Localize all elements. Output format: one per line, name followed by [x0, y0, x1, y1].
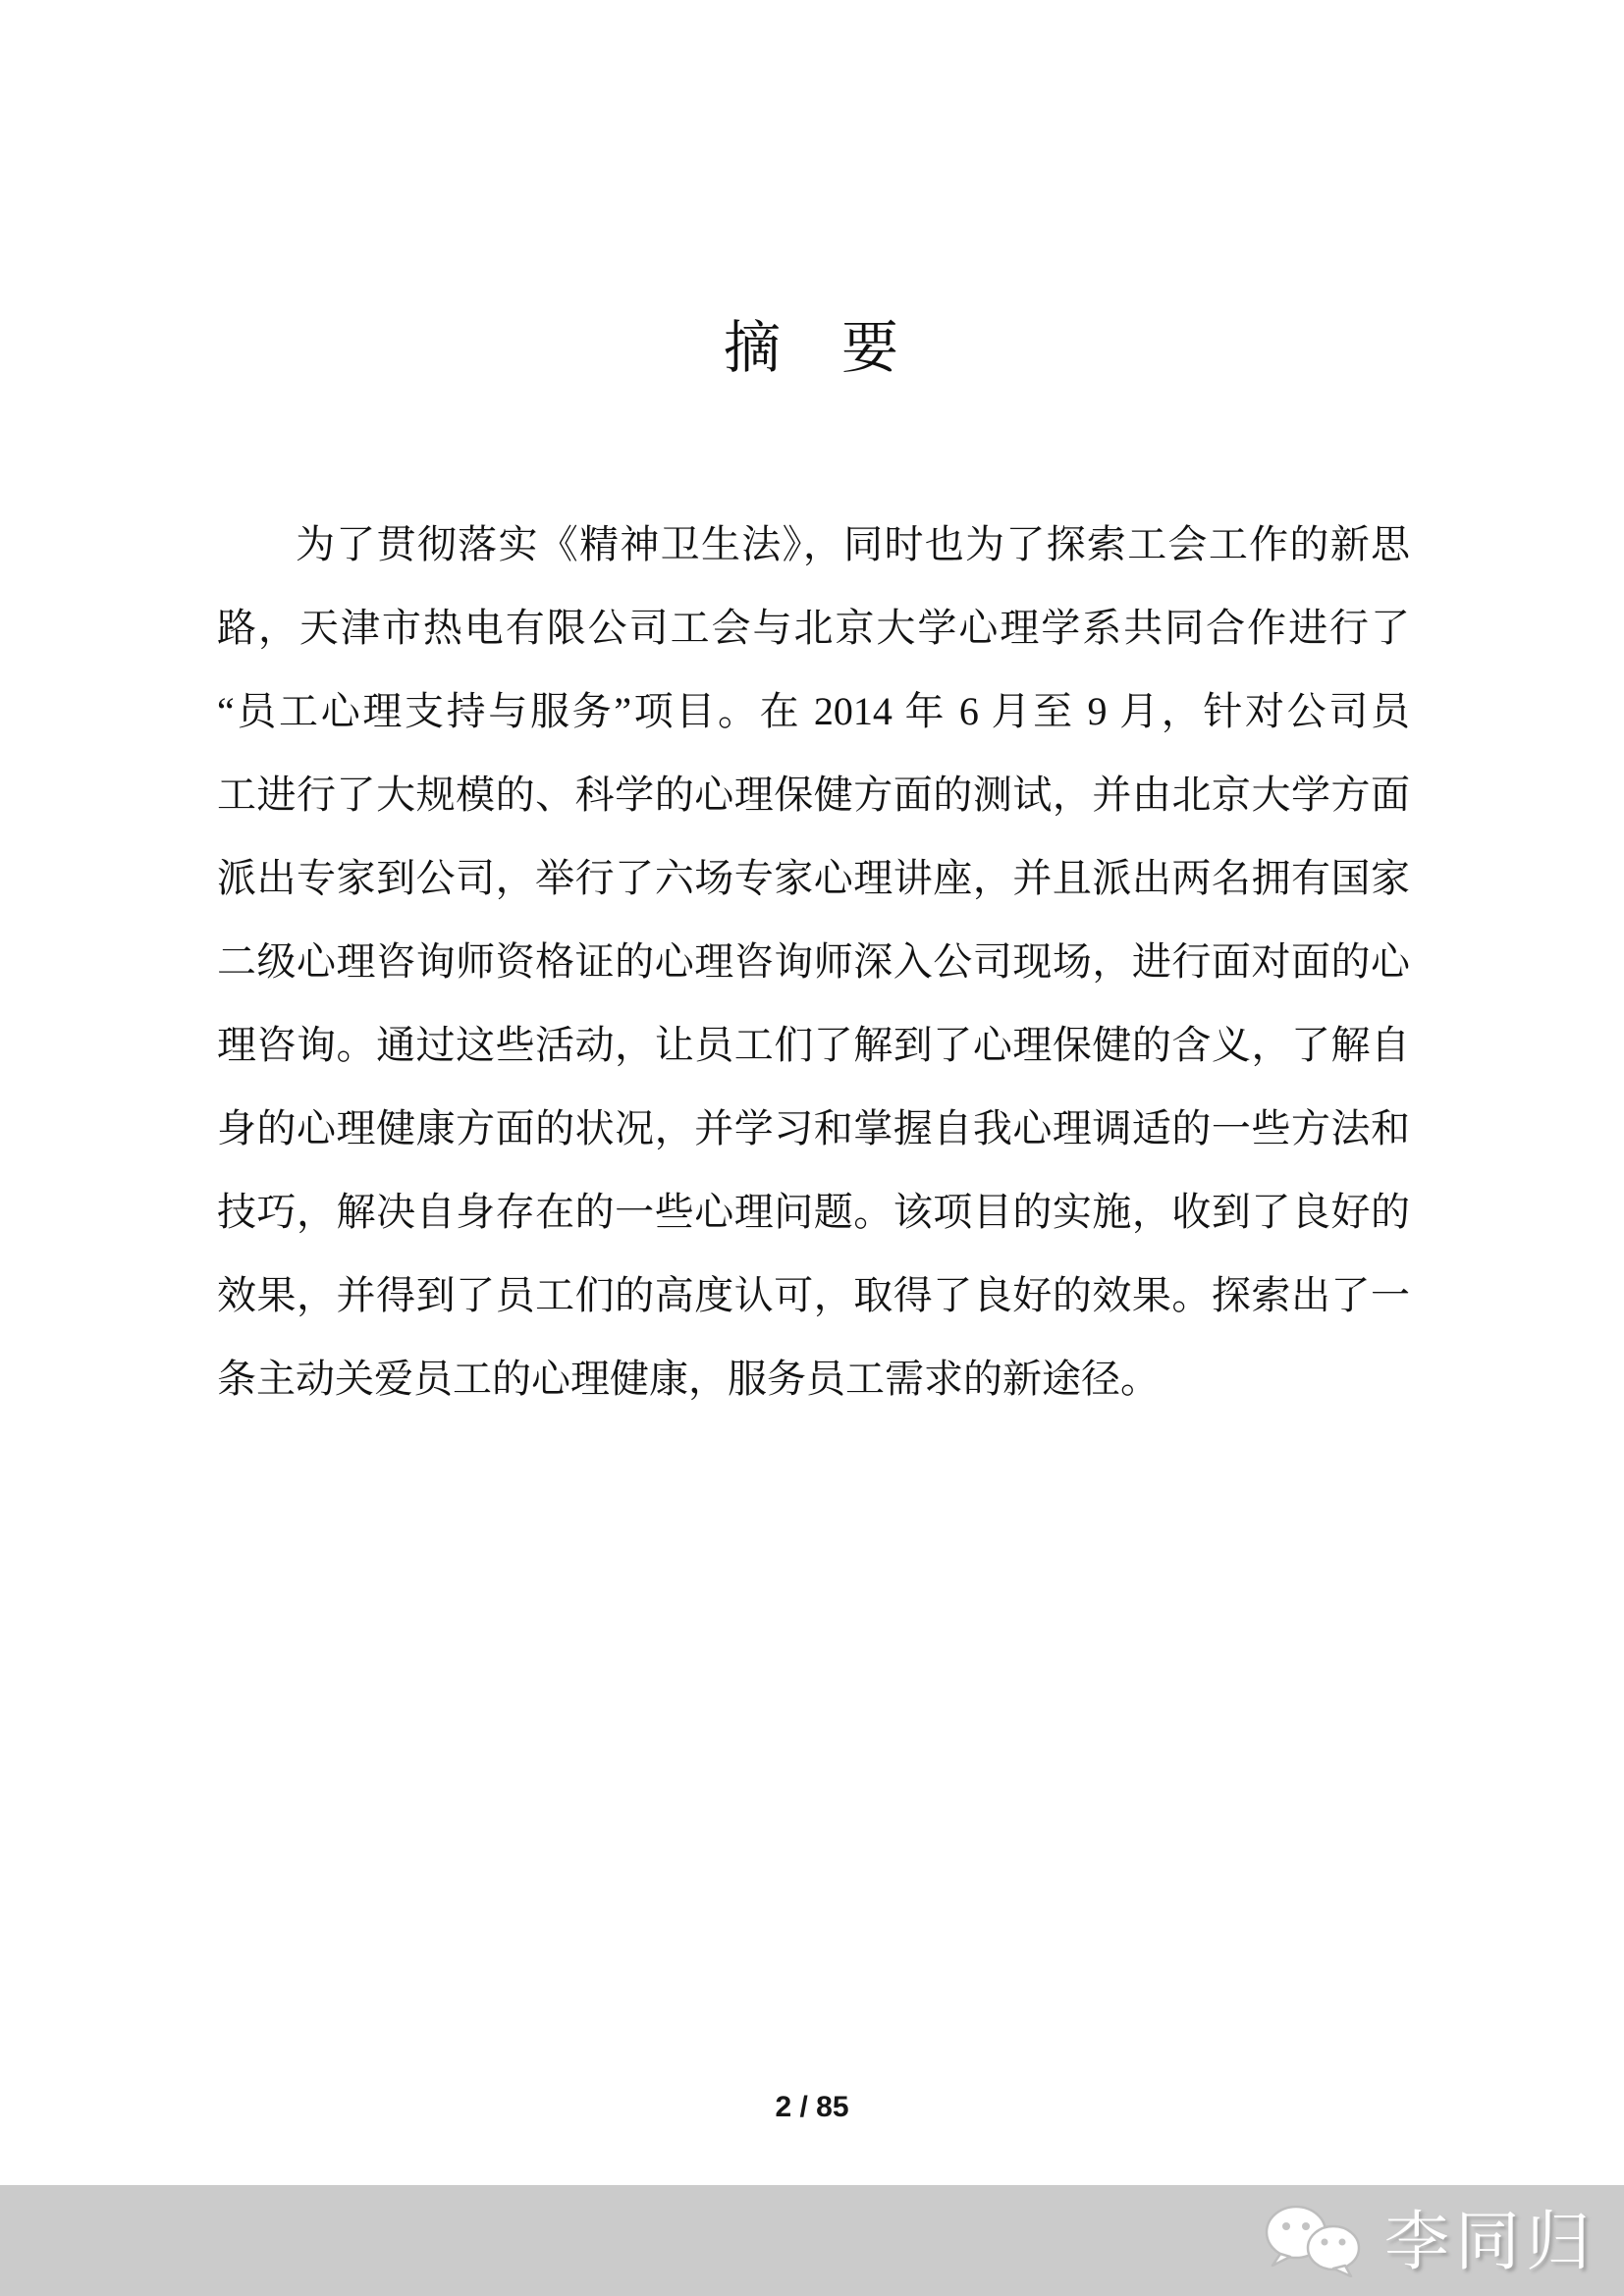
paragraph-line: 条主动关爱员工的心理健康，服务员工需求的新途径。	[217, 1337, 1410, 1420]
paragraph-line: 效果，并得到了员工们的高度认可，取得了良好的效果。探索出了一	[217, 1254, 1410, 1337]
paragraph-line: 二级心理咨询师资格证的心理咨询师深入公司现场，进行面对面的心	[217, 920, 1410, 1003]
paragraph-line: 理咨询。通过这些活动，让员工们了解到了心理保健的含义，了解自	[217, 1003, 1410, 1087]
paragraph-line: 身的心理健康方面的状况，并学习和掌握自我心理调适的一些方法和	[217, 1087, 1410, 1170]
page-title: 摘 要	[0, 301, 1624, 384]
paragraph-line: 派出专家到公司，举行了六场专家心理讲座，并且派出两名拥有国家	[217, 836, 1410, 920]
paragraph-line: “员工心理支持与服务”项目。在 2014 年 6 月至 9 月，针对公司员	[217, 669, 1410, 753]
wechat-icon	[1259, 2205, 1369, 2277]
footer-watermark-band: 李同归	[0, 2185, 1624, 2296]
paragraph-line: 路，天津市热电有限公司工会与北京大学心理学系共同合作进行了	[217, 586, 1410, 669]
paragraph-line: 为了贯彻落实《精神卫生法》，同时也为了探索工会工作的新思	[217, 503, 1410, 586]
abstract-paragraph: 为了贯彻落实《精神卫生法》，同时也为了探索工会工作的新思路，天津市热电有限公司工…	[217, 503, 1410, 1420]
page-number: 2 / 85	[0, 2091, 1624, 2124]
watermark: 李同归	[1259, 2205, 1597, 2277]
watermark-label: 李同归	[1384, 2209, 1597, 2273]
paragraph-line: 工进行了大规模的、科学的心理保健方面的测试，并由北京大学方面	[217, 753, 1410, 836]
paragraph-line: 技巧，解决自身存在的一些心理问题。该项目的实施，收到了良好的	[217, 1170, 1410, 1254]
